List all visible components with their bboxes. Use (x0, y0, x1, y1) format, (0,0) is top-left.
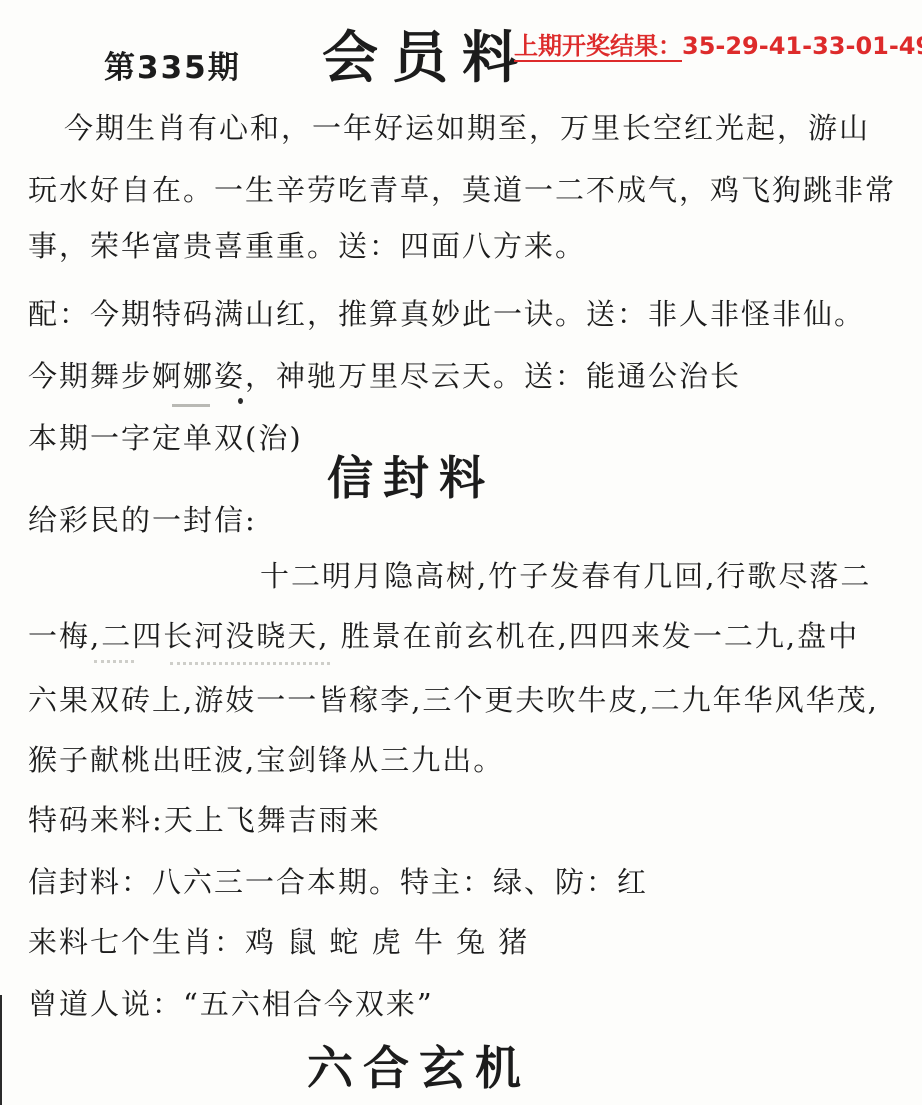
member-paragraph-line: 玩水好自在。一生辛劳吃青草，莫道一二不成气，鸡飞狗跳非常 (28, 168, 896, 209)
page-title: 会员料 (322, 14, 532, 94)
scan-mark-dash (172, 404, 210, 407)
scan-mark-dot (238, 398, 243, 404)
special-code-line: 特码来料:天上飞舞吉雨来 (28, 798, 381, 839)
issue-number: 第335期 (104, 42, 241, 87)
poem-line: 一梅,二四长河没晓天, 胜景在前玄机在,四四来发一二九,盘中 (28, 614, 859, 655)
member-pei-line: 配：今期特码满山红，推算真妙此一诀。送：非人非怪非仙。 (28, 292, 865, 333)
last-draw-result: 上期开奖结果：35-29-41-33-01-49+46 (514, 26, 922, 61)
mystery-section-heading: 六合玄机 (0, 1032, 880, 1098)
poem-line: 十二明月隐高树,竹子发春有几回,行歌尽落二 (260, 554, 871, 595)
scan-artifact-line (0, 995, 2, 1105)
member-paragraph-line: 事，荣华富贵喜重重。送：四面八方来。 (28, 224, 586, 265)
zodiac-line: 来料七个生肖：鸡 鼠 蛇 虎 牛 兔 猪 (28, 920, 529, 961)
poem-line: 猴子献桃出旺波,宝剑锋从三九出。 (28, 738, 504, 779)
lottery-tip-sheet: 第335期 会员料 上期开奖结果：35-29-41-33-01-49+46 今期… (0, 0, 922, 1105)
member-dance-line: 今期舞步婀娜姿，神驰万里尽云天。送：能通公治长 (28, 354, 741, 395)
last-draw-numbers: 35-29-41-33-01-49+46 (682, 32, 922, 60)
faint-dotted-underline (94, 660, 134, 663)
quote-line: 曾道人说：“五六相合今双来” (28, 982, 434, 1023)
last-draw-label: 上期开奖结果： (514, 32, 682, 62)
faint-dotted-underline (170, 662, 330, 665)
letter-intro: 给彩民的一封信: (28, 498, 257, 539)
envelope-code-line: 信封料：八六三一合本期。特主：绿、防：红 (28, 860, 648, 901)
poem-line: 六果双砖上,游妓一一皆稼李,三个更夫吹牛皮,二九年华风华茂, (28, 678, 879, 719)
member-paragraph-line: 今期生肖有心和，一年好运如期至，万里长空红光起，游山 (64, 106, 870, 147)
